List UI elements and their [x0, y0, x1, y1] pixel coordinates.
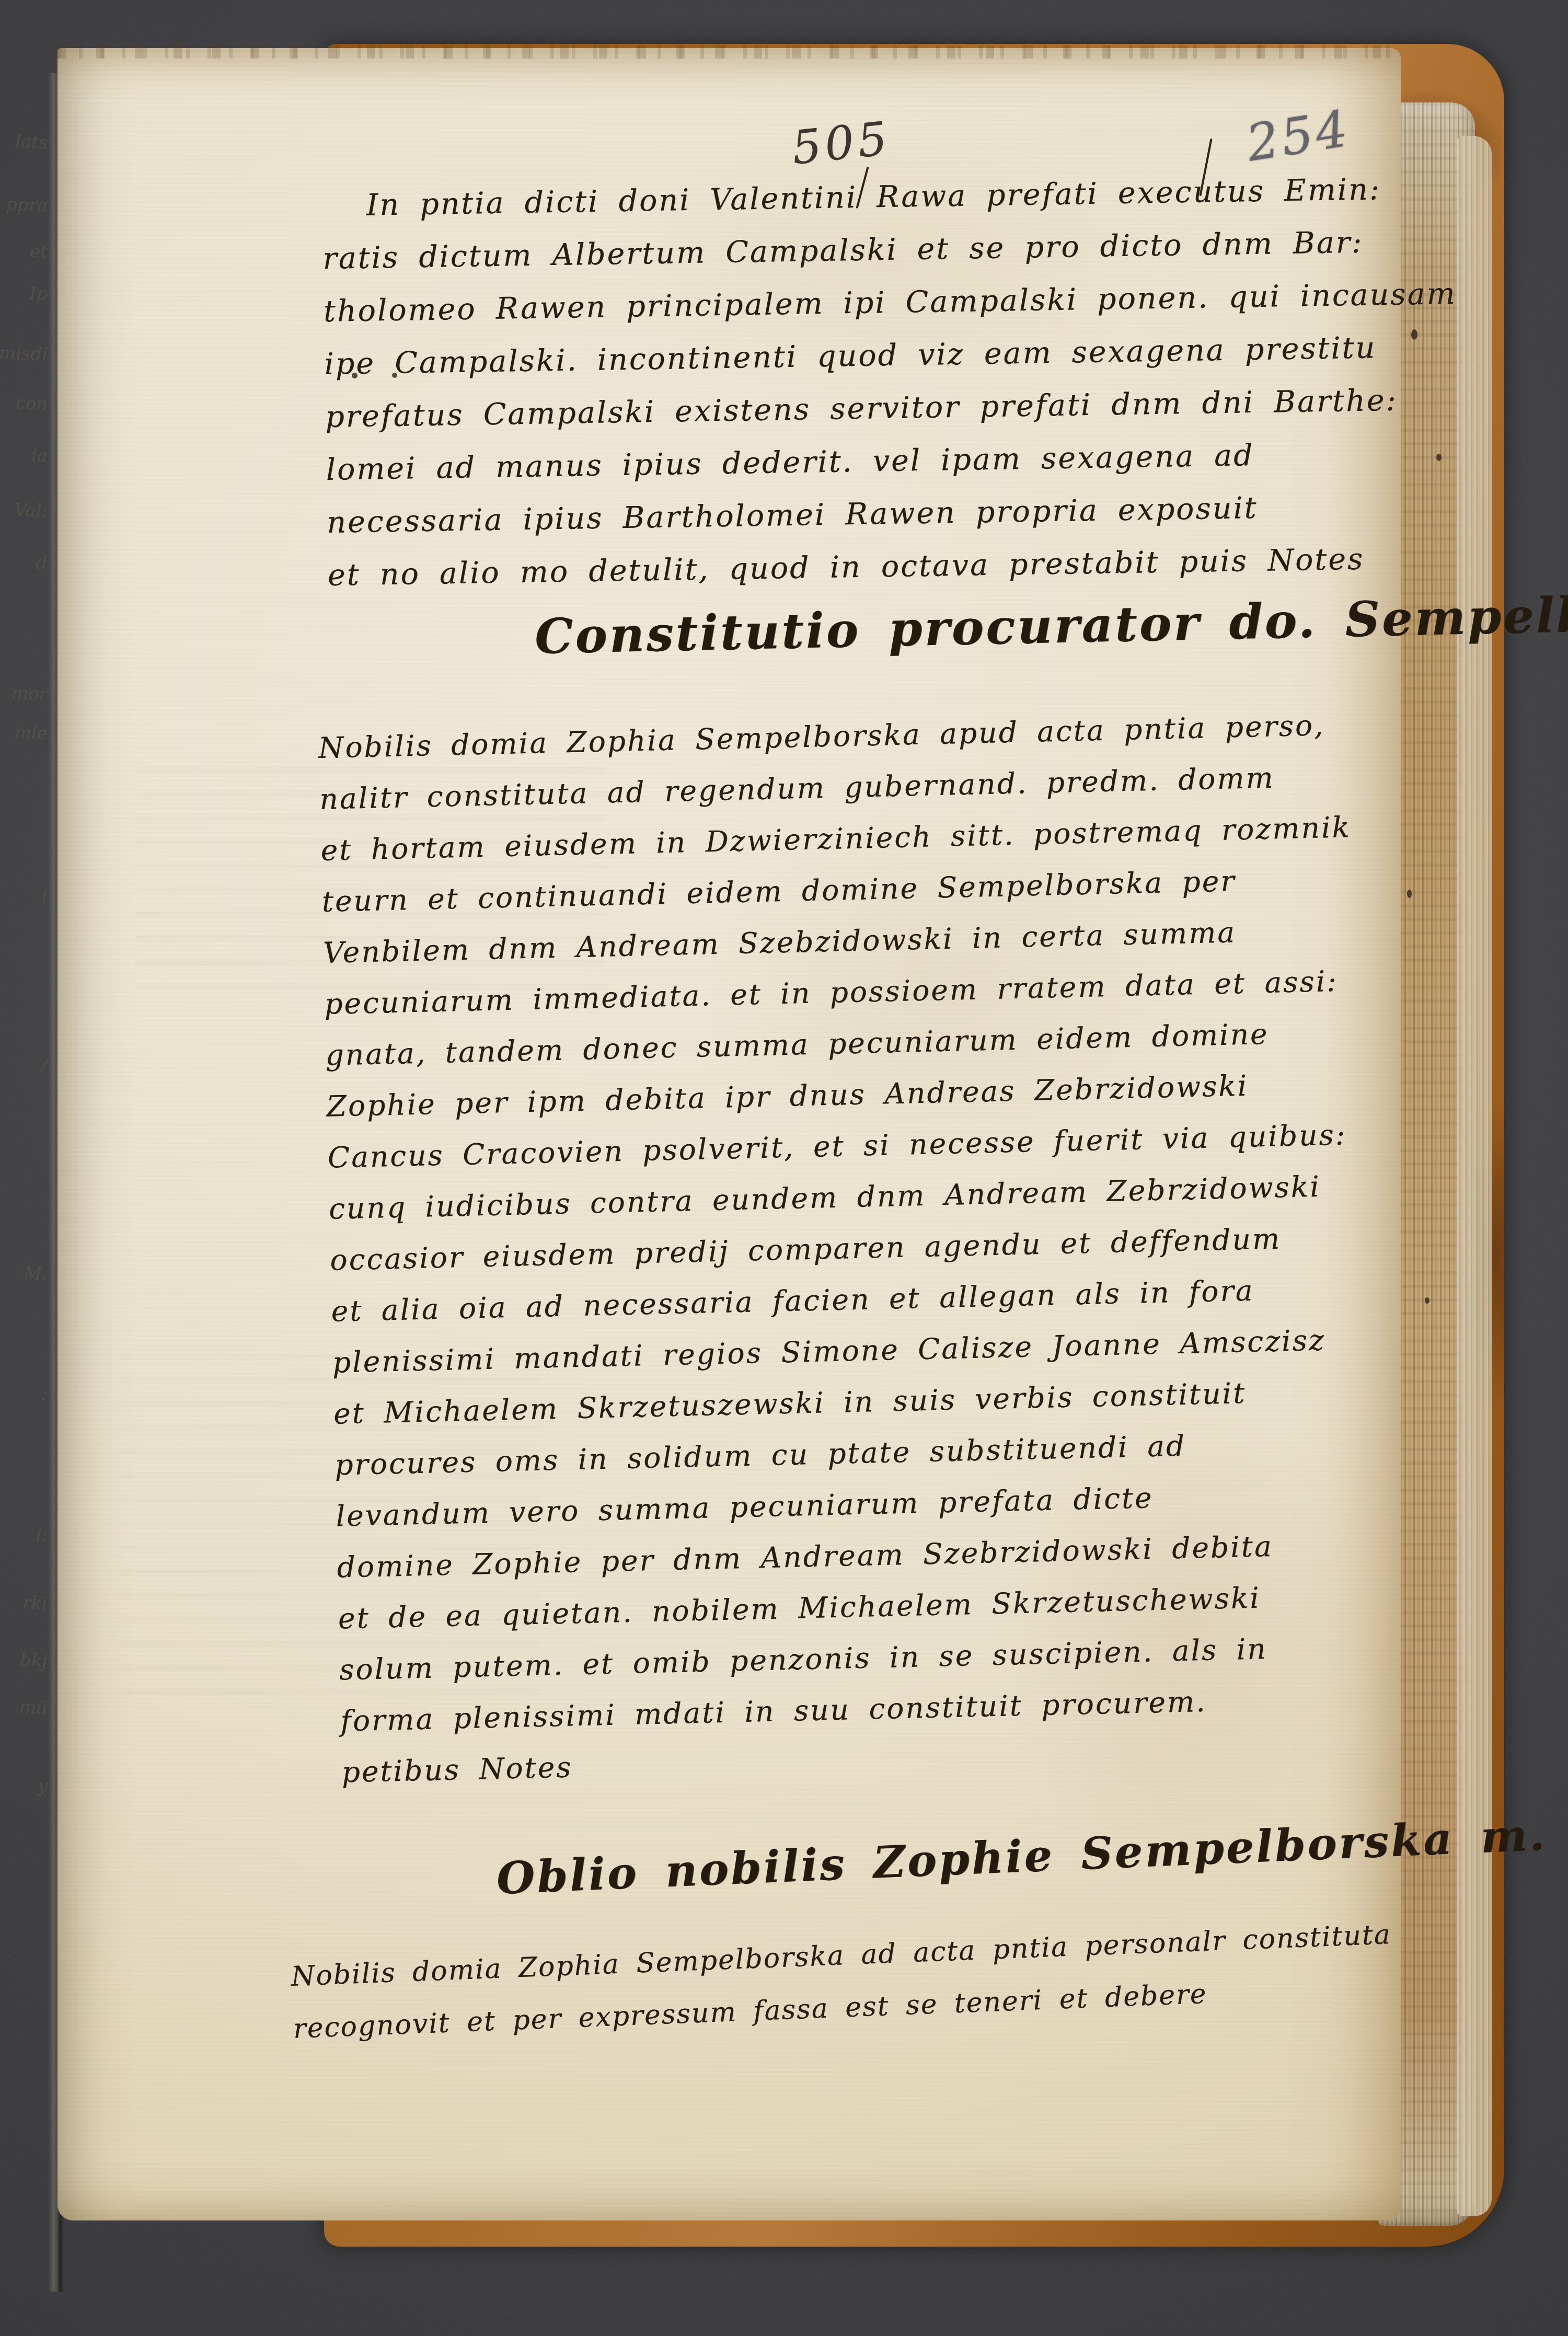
margin-text-fragment: mor	[11, 684, 48, 703]
margin-text-fragment: :	[41, 1385, 48, 1403]
margin-text-fragment: i:	[36, 1526, 48, 1545]
fore-edge-ink-speck	[1407, 890, 1412, 898]
manuscript-page: 505 254 In pntia dicti doni Valentini Ra…	[57, 48, 1401, 2220]
margin-text-fragment: Val:	[14, 501, 48, 520]
margin-text-fragment: bkj	[20, 1651, 48, 1670]
margin-text-fragment: Ip	[29, 284, 48, 303]
margin-text-fragment: lats	[15, 133, 48, 152]
folio-number-ink: 505	[789, 111, 893, 175]
margin-text-fragment: M.	[24, 1264, 48, 1283]
facing-page-strip: lats ppra et Ip misdi con ia Val: d mor …	[0, 78, 50, 2284]
margin-text-fragment: et	[30, 243, 48, 261]
paragraph-entry-2: Nobilis domia Zophia Sempelborska apud a…	[318, 699, 1373, 1798]
folio-number-pencil: 254	[1242, 99, 1354, 173]
margin-text-fragment: d	[36, 554, 48, 572]
paragraph-entry-1: In pntia dicti doni Valentini Rawa prefa…	[321, 162, 1461, 602]
margin-text-fragment: y	[37, 1777, 48, 1796]
photo-stage: lats ppra et Ip misdi con ia Val: d mor …	[0, 0, 1568, 2336]
margin-text-fragment: rki	[22, 1594, 48, 1613]
fore-edge-outer-leaves	[1457, 136, 1492, 2216]
margin-text-fragment: misdi	[0, 344, 48, 363]
margin-text-fragment: i	[42, 889, 48, 906]
margin-text-fragment: ia	[31, 446, 48, 465]
paragraph-entry-3: Nobilis domia Zophia Sempelborska ad act…	[290, 1908, 1394, 2055]
fore-edge-ink-speck	[1425, 1297, 1429, 1304]
margin-text-fragment: mii	[19, 1698, 48, 1717]
margin-text-fragment: /	[41, 1056, 48, 1074]
ragged-top-edge	[57, 45, 1401, 59]
margin-text-fragment: mie	[14, 723, 48, 742]
margin-text-fragment: ppra	[5, 195, 48, 215]
margin-text-fragment: con	[15, 394, 48, 413]
